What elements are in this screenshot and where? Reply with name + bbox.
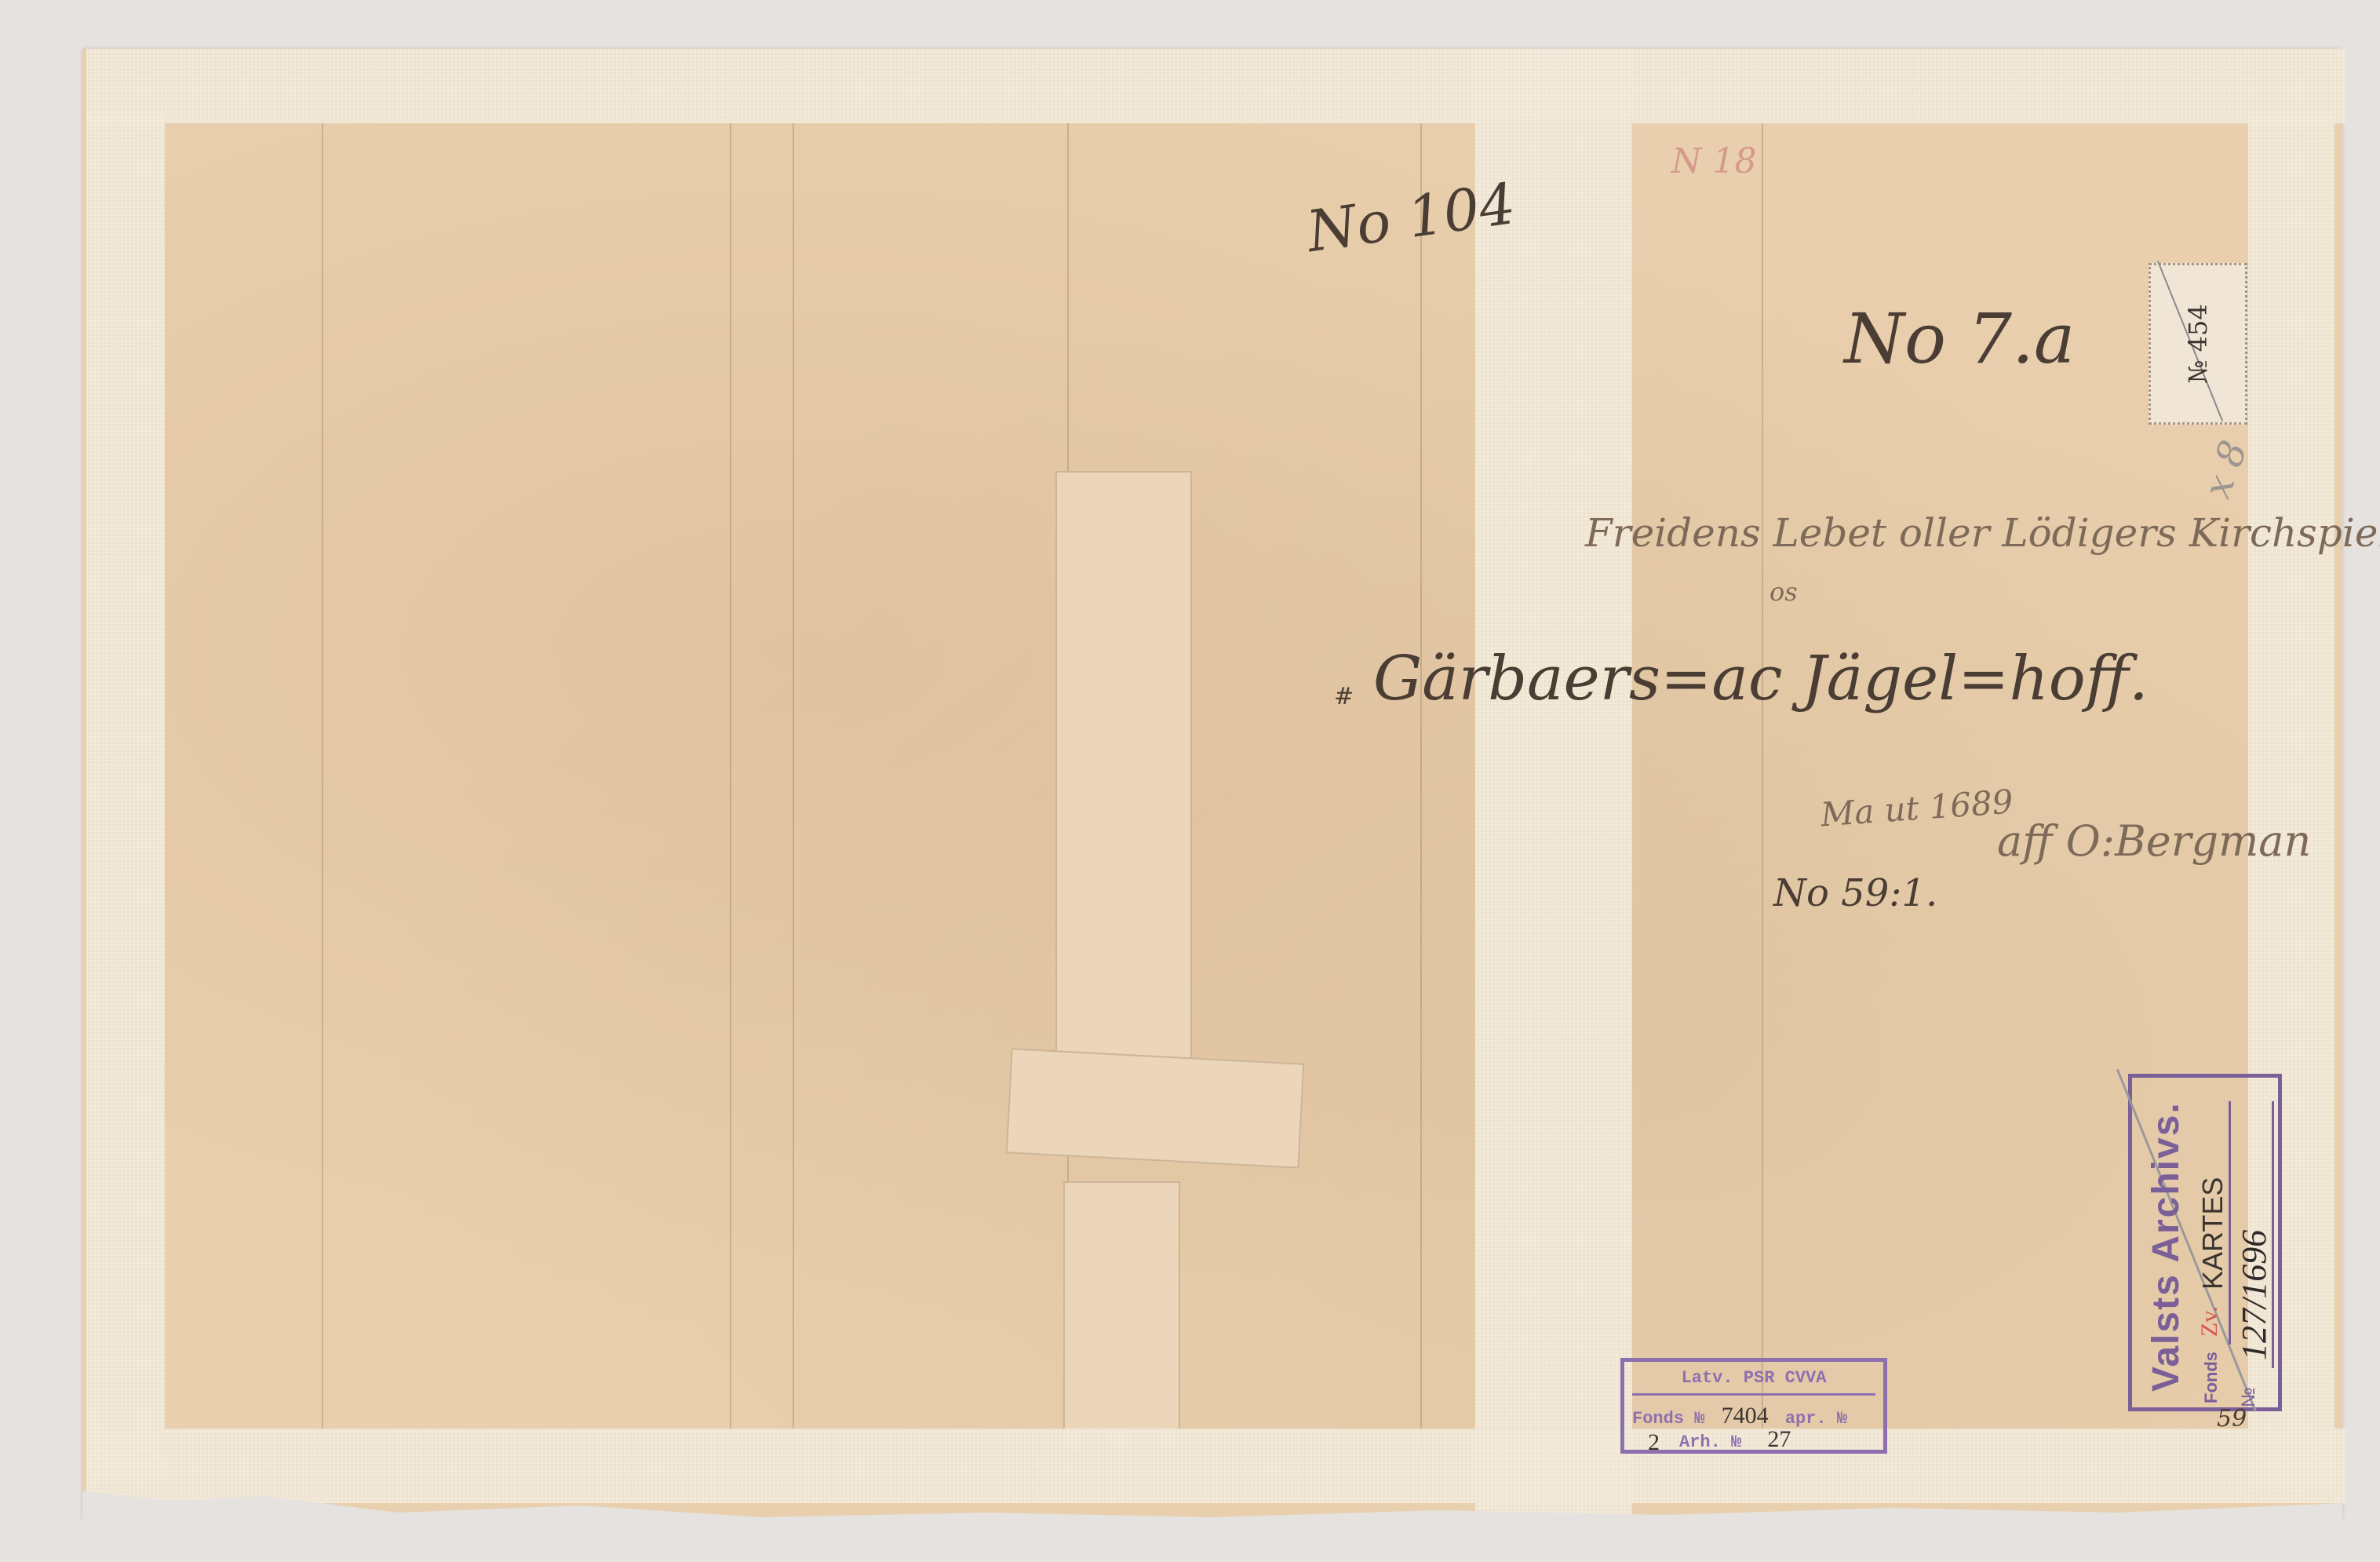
title-line-1-sub: os bbox=[1770, 577, 1798, 607]
fold-line bbox=[322, 118, 323, 1452]
archive-stamp: Latv. PSR CVVA Fonds № 7404 apr. № 2 Arh… bbox=[1620, 1358, 1887, 1454]
fonds-value: 7404 bbox=[1722, 1403, 1769, 1429]
title-prefix-mark: # bbox=[1334, 683, 1354, 710]
author-signature: aff O:Bergman bbox=[1997, 816, 2311, 866]
stamp-rule bbox=[2272, 1101, 2274, 1368]
red-number: N 18 bbox=[1671, 141, 1756, 181]
reference-number: No 59:1. bbox=[1773, 871, 1937, 915]
fonds-red-value: Zv. bbox=[2196, 1306, 2223, 1337]
gauze-strip-left bbox=[86, 110, 165, 1484]
number-value: 127/1696 bbox=[2234, 1230, 2274, 1360]
fold-line bbox=[1420, 118, 1422, 1452]
item-value: 27 bbox=[1767, 1426, 1791, 1452]
stamp-rule bbox=[1632, 1393, 1875, 1396]
gauze-strip-top bbox=[86, 49, 2346, 123]
gauze-strip-middle bbox=[1475, 49, 1632, 1524]
fold-line bbox=[793, 118, 794, 1452]
repair-patch bbox=[1006, 1048, 1305, 1168]
gauze-strip-bottom bbox=[86, 1429, 2346, 1503]
fonds-value: KARTES bbox=[2196, 1177, 2229, 1290]
fonds-label: Fonds bbox=[2201, 1352, 2221, 1403]
fold-line bbox=[730, 118, 731, 1452]
fold-line bbox=[1762, 118, 1763, 1452]
stamp-header: Valsts Archivs. bbox=[2145, 1101, 2188, 1392]
apr-value: 2 bbox=[1648, 1429, 1660, 1455]
stamp-rule bbox=[2229, 1101, 2231, 1345]
stamp-header: Latv. PSR CVVA bbox=[1632, 1368, 1875, 1388]
label-number: № 454 bbox=[2183, 304, 2213, 384]
repair-patch bbox=[1063, 1181, 1180, 1451]
title-line-2: Gärbaers=ac Jägel=hoff. bbox=[1373, 644, 2149, 714]
catalog-mark: No 7.a bbox=[1844, 298, 2075, 379]
title-line-1: Freidens Lebet oller Lödigers Kirchspiel bbox=[1585, 510, 2380, 556]
number-label: № 454 bbox=[2149, 263, 2247, 425]
state-archive-stamp: Valsts Archivs. Fonds Zv. KARTES № 127/1… bbox=[2128, 1074, 2282, 1411]
corner-number: 59 bbox=[2217, 1405, 2247, 1432]
item-label: Arh. № bbox=[1679, 1432, 1741, 1452]
repair-patch bbox=[1055, 471, 1192, 1118]
